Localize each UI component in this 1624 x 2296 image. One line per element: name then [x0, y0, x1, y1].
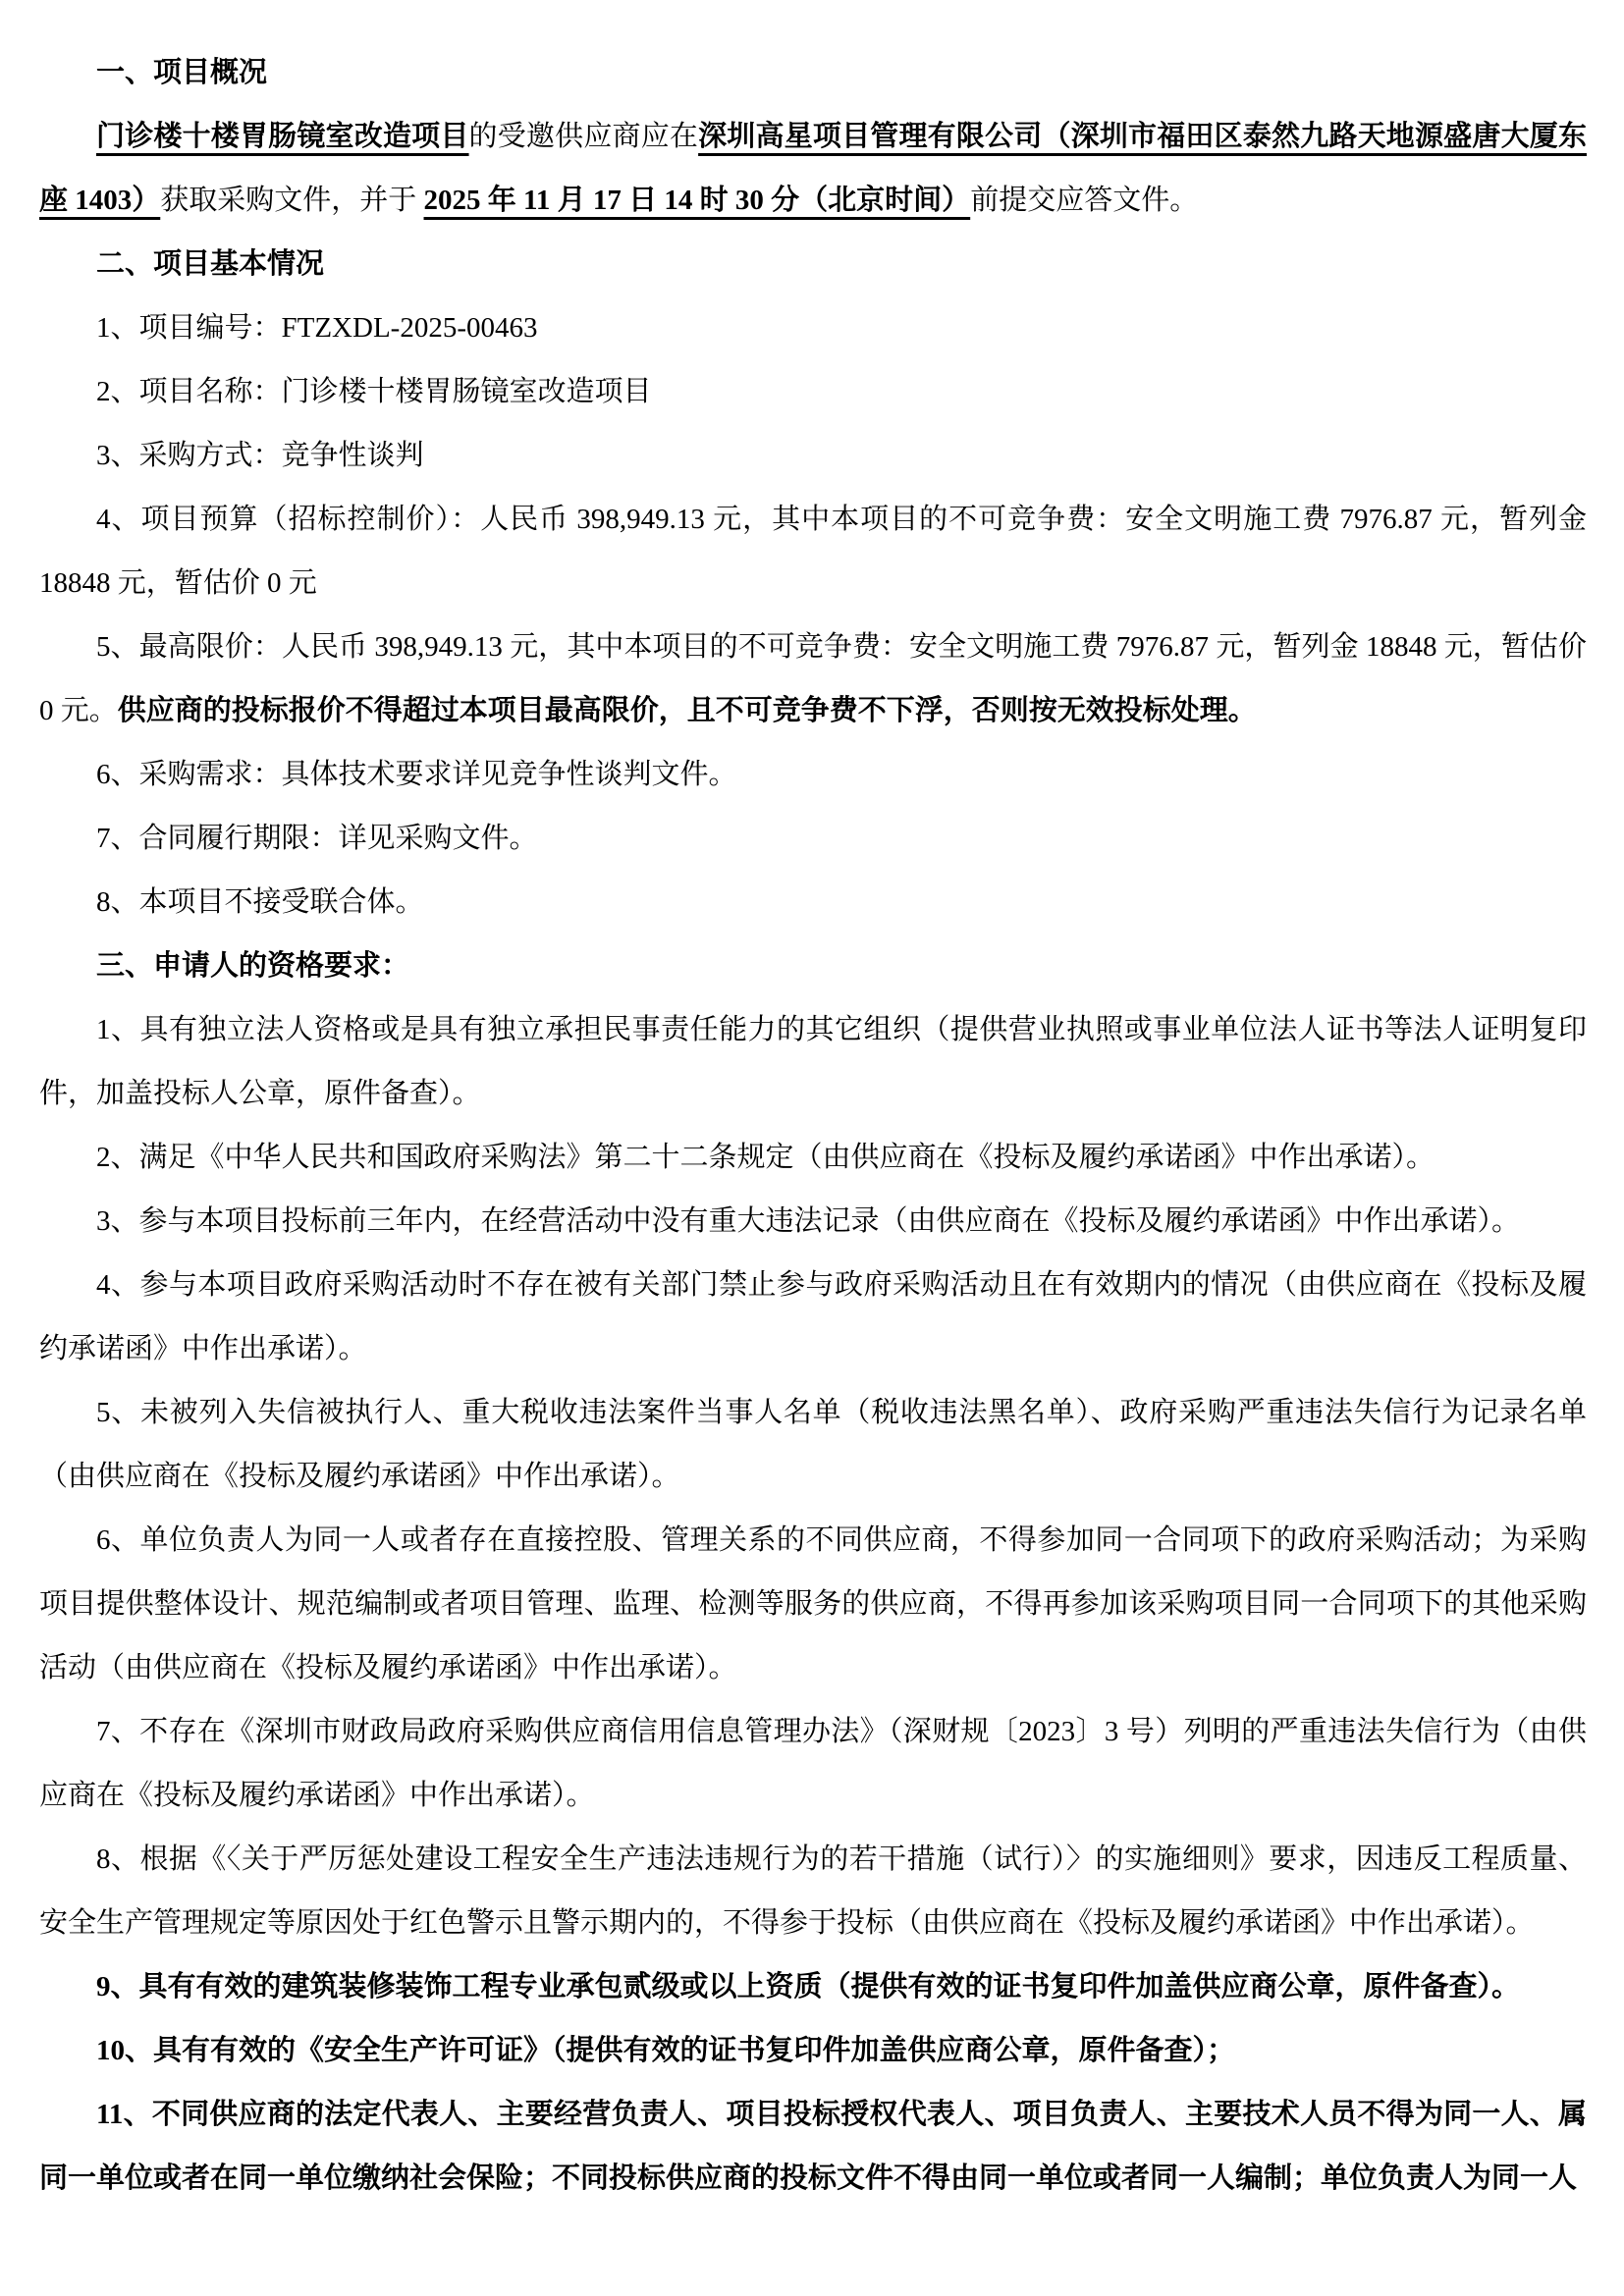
invitation-text-2: 获取采购文件，并于 [160, 185, 423, 216]
qualification-item-11-bold: 11、不同供应商的法定代表人、主要经营负责人、项目投标授权代表人、项目负责人、主… [39, 2083, 1587, 2211]
qualification-item-9-bold: 9、具有有效的建筑装修装饰工程专业承包贰级或以上资质（提供有效的证书复印件加盖供… [39, 1955, 1587, 2019]
paragraph-invitation: 门诊楼十楼胃肠镜室改造项目的受邀供应商应在深圳高星项目管理有限公司（深圳市福田区… [39, 105, 1587, 233]
item-project-number: 1、项目编号：FTZXDL-2025-00463 [39, 296, 1587, 360]
item-procurement-method: 3、采购方式：竞争性谈判 [39, 424, 1587, 488]
document-page: 一、项目概况 门诊楼十楼胃肠镜室改造项目的受邀供应商应在深圳高星项目管理有限公司… [0, 0, 1624, 2296]
qualification-item-4: 4、参与本项目政府采购活动时不存在被有关部门禁止参与政府采购活动且在有效期内的情… [39, 1254, 1587, 1381]
item-project-name: 2、项目名称：门诊楼十楼胃肠镜室改造项目 [39, 360, 1587, 424]
invitation-text-1: 的受邀供应商应在 [469, 121, 699, 152]
item-contract-period: 7、合同履行期限：详见采购文件。 [39, 807, 1587, 871]
qualification-item-1: 1、具有独立法人资格或是具有独立承担民事责任能力的其它组织（提供营业执照或事业单… [39, 998, 1587, 1126]
item-max-price: 5、最高限价：人民币 398,949.13 元，其中本项目的不可竞争费：安全文明… [39, 615, 1587, 743]
heading-project-overview: 一、项目概况 [39, 41, 1587, 105]
max-price-warning-bold: 供应商的投标报价不得超过本项目最高限价，且不可竞争费不下浮，否则按无效投标处理。 [118, 695, 1257, 726]
heading-basic-info: 二、项目基本情况 [39, 233, 1587, 296]
qualification-item-3: 3、参与本项目投标前三年内，在经营活动中没有重大违法记录（由供应商在《投标及履约… [39, 1190, 1587, 1254]
heading-qualification-requirements: 三、申请人的资格要求： [39, 934, 1587, 998]
deadline-underlined: 2025 年 11 月 17 日 14 时 30 分（北京时间） [424, 185, 971, 216]
qualification-item-6: 6、单位负责人为同一人或者存在直接控股、管理关系的不同供应商，不得参加同一合同项… [39, 1509, 1587, 1700]
qualification-item-8: 8、根据《〈关于严厉惩处建设工程安全生产违法违规行为的若干措施（试行）〉的实施细… [39, 1828, 1587, 1955]
invitation-text-3: 前提交应答文件。 [970, 185, 1198, 216]
qualification-item-7: 7、不存在《深圳市财政局政府采购供应商信用信息管理办法》（深财规〔2023〕3 … [39, 1700, 1587, 1828]
project-name-underlined: 门诊楼十楼胃肠镜室改造项目 [96, 121, 469, 152]
qualification-item-2: 2、满足《中华人民共和国政府采购法》第二十二条规定（由供应商在《投标及履约承诺函… [39, 1126, 1587, 1190]
item-no-consortium: 8、本项目不接受联合体。 [39, 871, 1587, 934]
qualification-item-10-bold: 10、具有有效的《安全生产许可证》（提供有效的证书复印件加盖供应商公章，原件备查… [39, 2019, 1587, 2083]
item-project-budget: 4、项目预算（招标控制价）：人民币 398,949.13 元，其中本项目的不可竞… [39, 488, 1587, 615]
item-procurement-demand: 6、采购需求：具体技术要求详见竞争性谈判文件。 [39, 743, 1587, 807]
qualification-item-5: 5、未被列入失信被执行人、重大税收违法案件当事人名单（税收违法黑名单）、政府采购… [39, 1381, 1587, 1509]
